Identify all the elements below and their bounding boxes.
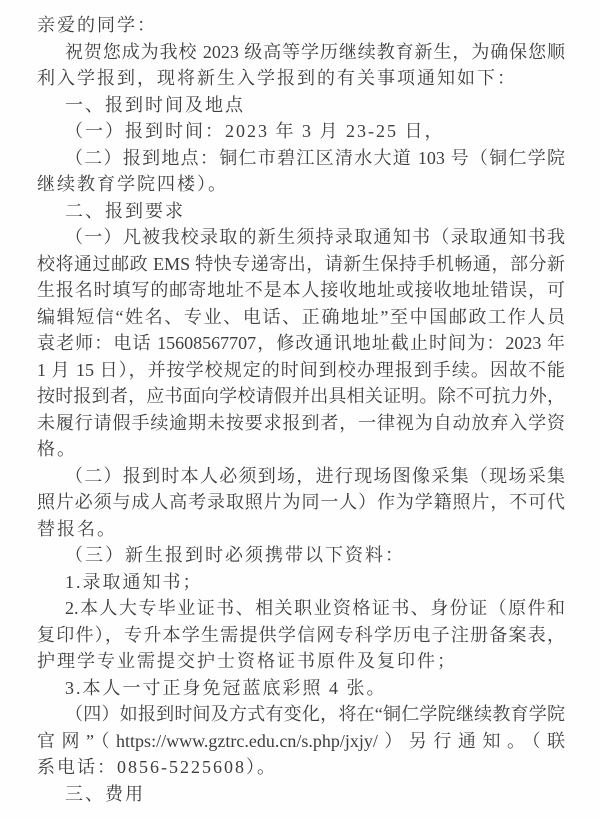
- document-line: （二）报到时本人必须到场，进行现场图像采集（现场采集: [37, 463, 565, 490]
- document-line: 复印件），专升本学生需提供学信网专科学历电子注册备案表，: [37, 622, 565, 649]
- document-line: （二）报到地点：铜仁市碧江区清水大道 103 号（铜仁学院: [37, 145, 565, 172]
- document-line: 二、报到要求: [37, 198, 565, 225]
- document-body: 亲爱的同学：祝贺您成为我校 2023 级高等学历继续教育新生，为确保您顺利入学报…: [37, 12, 565, 807]
- document-line: 替报名。: [37, 516, 565, 543]
- document-line: 未履行请假手续逾期未按要求报到者，一律视为自动放弃入学资: [37, 410, 565, 437]
- document-line: 1.录取通知书；: [37, 569, 565, 596]
- document-line: 袁老师：电话 15608567707，修改通讯地址截止时间为：2023 年: [37, 330, 565, 357]
- document-line: 生报名时填写的邮寄地址不是本人接收地址或接收地址错误，可: [37, 277, 565, 304]
- document-line: 按时报到者，应书面向学校请假并出具相关证明。除不可抗力外，: [37, 383, 565, 410]
- document-line: 亲爱的同学：: [37, 12, 565, 39]
- document-line: 官网”（https://www.gztrc.edu.cn/s.php/jxjy/…: [37, 728, 565, 755]
- document-line: 1 月 15 日），并按学校规定的时间到校办理报到手续。因故不能: [37, 357, 565, 384]
- document-line: （三）新生报到时必须携带以下资料：: [37, 542, 565, 569]
- document-line: 护理学专业需提交护士资格证书原件及复印件；: [37, 648, 565, 675]
- document-line: （一）报到时间：2023 年 3 月 23-25 日，: [37, 118, 565, 145]
- document-line: 照片必须与成人高考录取照片为同一人）作为学籍照片，不可代: [37, 489, 565, 516]
- notice-document-page: 亲爱的同学：祝贺您成为我校 2023 级高等学历继续教育新生，为确保您顺利入学报…: [0, 0, 600, 819]
- document-line: 祝贺您成为我校 2023 级高等学历继续教育新生，为确保您顺: [37, 39, 565, 66]
- document-line: 校将通过邮政 EMS 特快专递寄出，请新生保持手机畅通，部分新: [37, 251, 565, 278]
- document-line: 3.本人一寸正身免冠蓝底彩照 4 张。: [37, 675, 565, 702]
- document-line: 继续教育学院四楼）。: [37, 171, 565, 198]
- document-line: 2.本人大专毕业证书、相关职业资格证书、身份证（原件和: [37, 595, 565, 622]
- document-line: 利入学报到，现将新生入学报到的有关事项通知如下：: [37, 65, 565, 92]
- document-line: 三、费用: [37, 781, 565, 808]
- document-line: 系电话：0856-5225608）。: [37, 754, 565, 781]
- document-line: （一）凡被我校录取的新生须持录取通知书（录取通知书我: [37, 224, 565, 251]
- document-line: 格。: [37, 436, 565, 463]
- document-line: 编辑短信“姓名、专业、电话、正确地址”至中国邮政工作人员: [37, 304, 565, 331]
- document-line: （四）如报到时间及方式有变化，将在“铜仁学院继续教育学院: [37, 701, 565, 728]
- document-line: 一、报到时间及地点: [37, 92, 565, 119]
